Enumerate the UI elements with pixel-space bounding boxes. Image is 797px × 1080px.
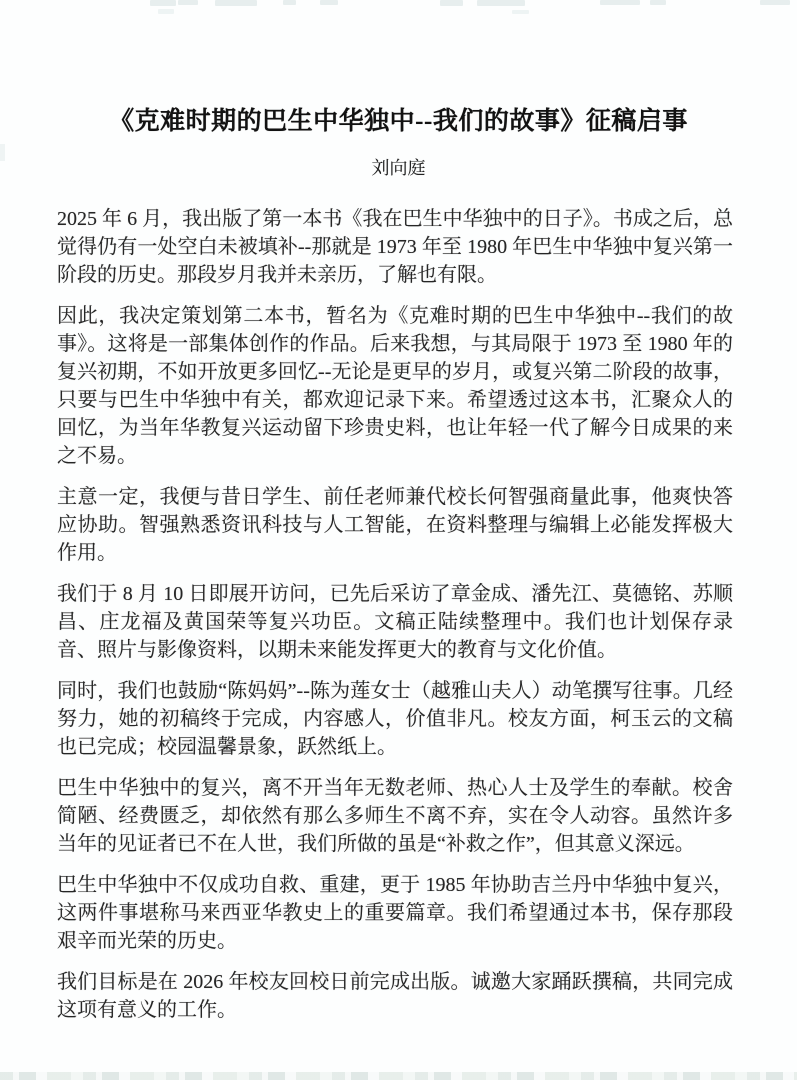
scan-artifact [283,0,296,5]
scan-artifact [440,0,463,6]
paragraph: 主意一定，我便与昔日学生、前任老师兼代校长何智强商量此事，他爽快答应协助。智强熟… [57,483,733,567]
paragraph: 我们目标是在 2026 年校友回校日前完成出版。诚邀大家踊跃撰稿，共同完成这项有… [57,968,733,1024]
paragraph: 我们于 8 月 10 日即展开访问，已先后采访了章金成、潘先江、莫德铭、苏顺昌、… [57,580,733,664]
scan-artifact [600,0,640,5]
document-body: 2025 年 6 月，我出版了第一本书《我在巴生中华独中的日子》。书成之后，总觉… [57,205,733,1024]
scan-artifact [0,144,5,161]
paragraph: 因此，我决定策划第二本书，暂名为《克难时期的巴生中华独中--我们的故事》。这将是… [57,302,733,470]
paragraph: 巴生中华独中不仅成功自救、重建，更于 1985 年协助吉兰丹中华独中复兴，这两件… [57,871,733,955]
author-name: 刘向庭 [0,154,797,180]
paragraph: 同时，我们也鼓励“陈妈妈”--陈为莲女士（越雅山夫人）动笔撰写往事。几经努力，她… [57,677,733,761]
scan-artifact [477,0,525,6]
scan-artifact [320,0,338,5]
document-page: 《克难时期的巴生中华独中--我们的故事》征稿启事 刘向庭 2025 年 6 月，… [0,0,797,1080]
paragraph: 巴生中华独中的复兴，离不开当年无数老师、热心人士及学生的奉献。校舍简陋、经费匮乏… [57,774,733,858]
paragraph: 2025 年 6 月，我出版了第一本书《我在巴生中华独中的日子》。书成之后，总觉… [57,205,733,289]
scan-artifact-bottom-band [0,1072,797,1080]
scan-artifact [512,10,529,14]
document-title: 《克难时期的巴生中华独中--我们的故事》征稿启事 [0,0,797,137]
scan-artifact [215,0,257,6]
scan-artifact [150,0,176,6]
scan-artifact [158,9,174,14]
scan-artifact [178,0,198,5]
scan-artifact [650,0,666,5]
scan-artifact [760,0,790,5]
